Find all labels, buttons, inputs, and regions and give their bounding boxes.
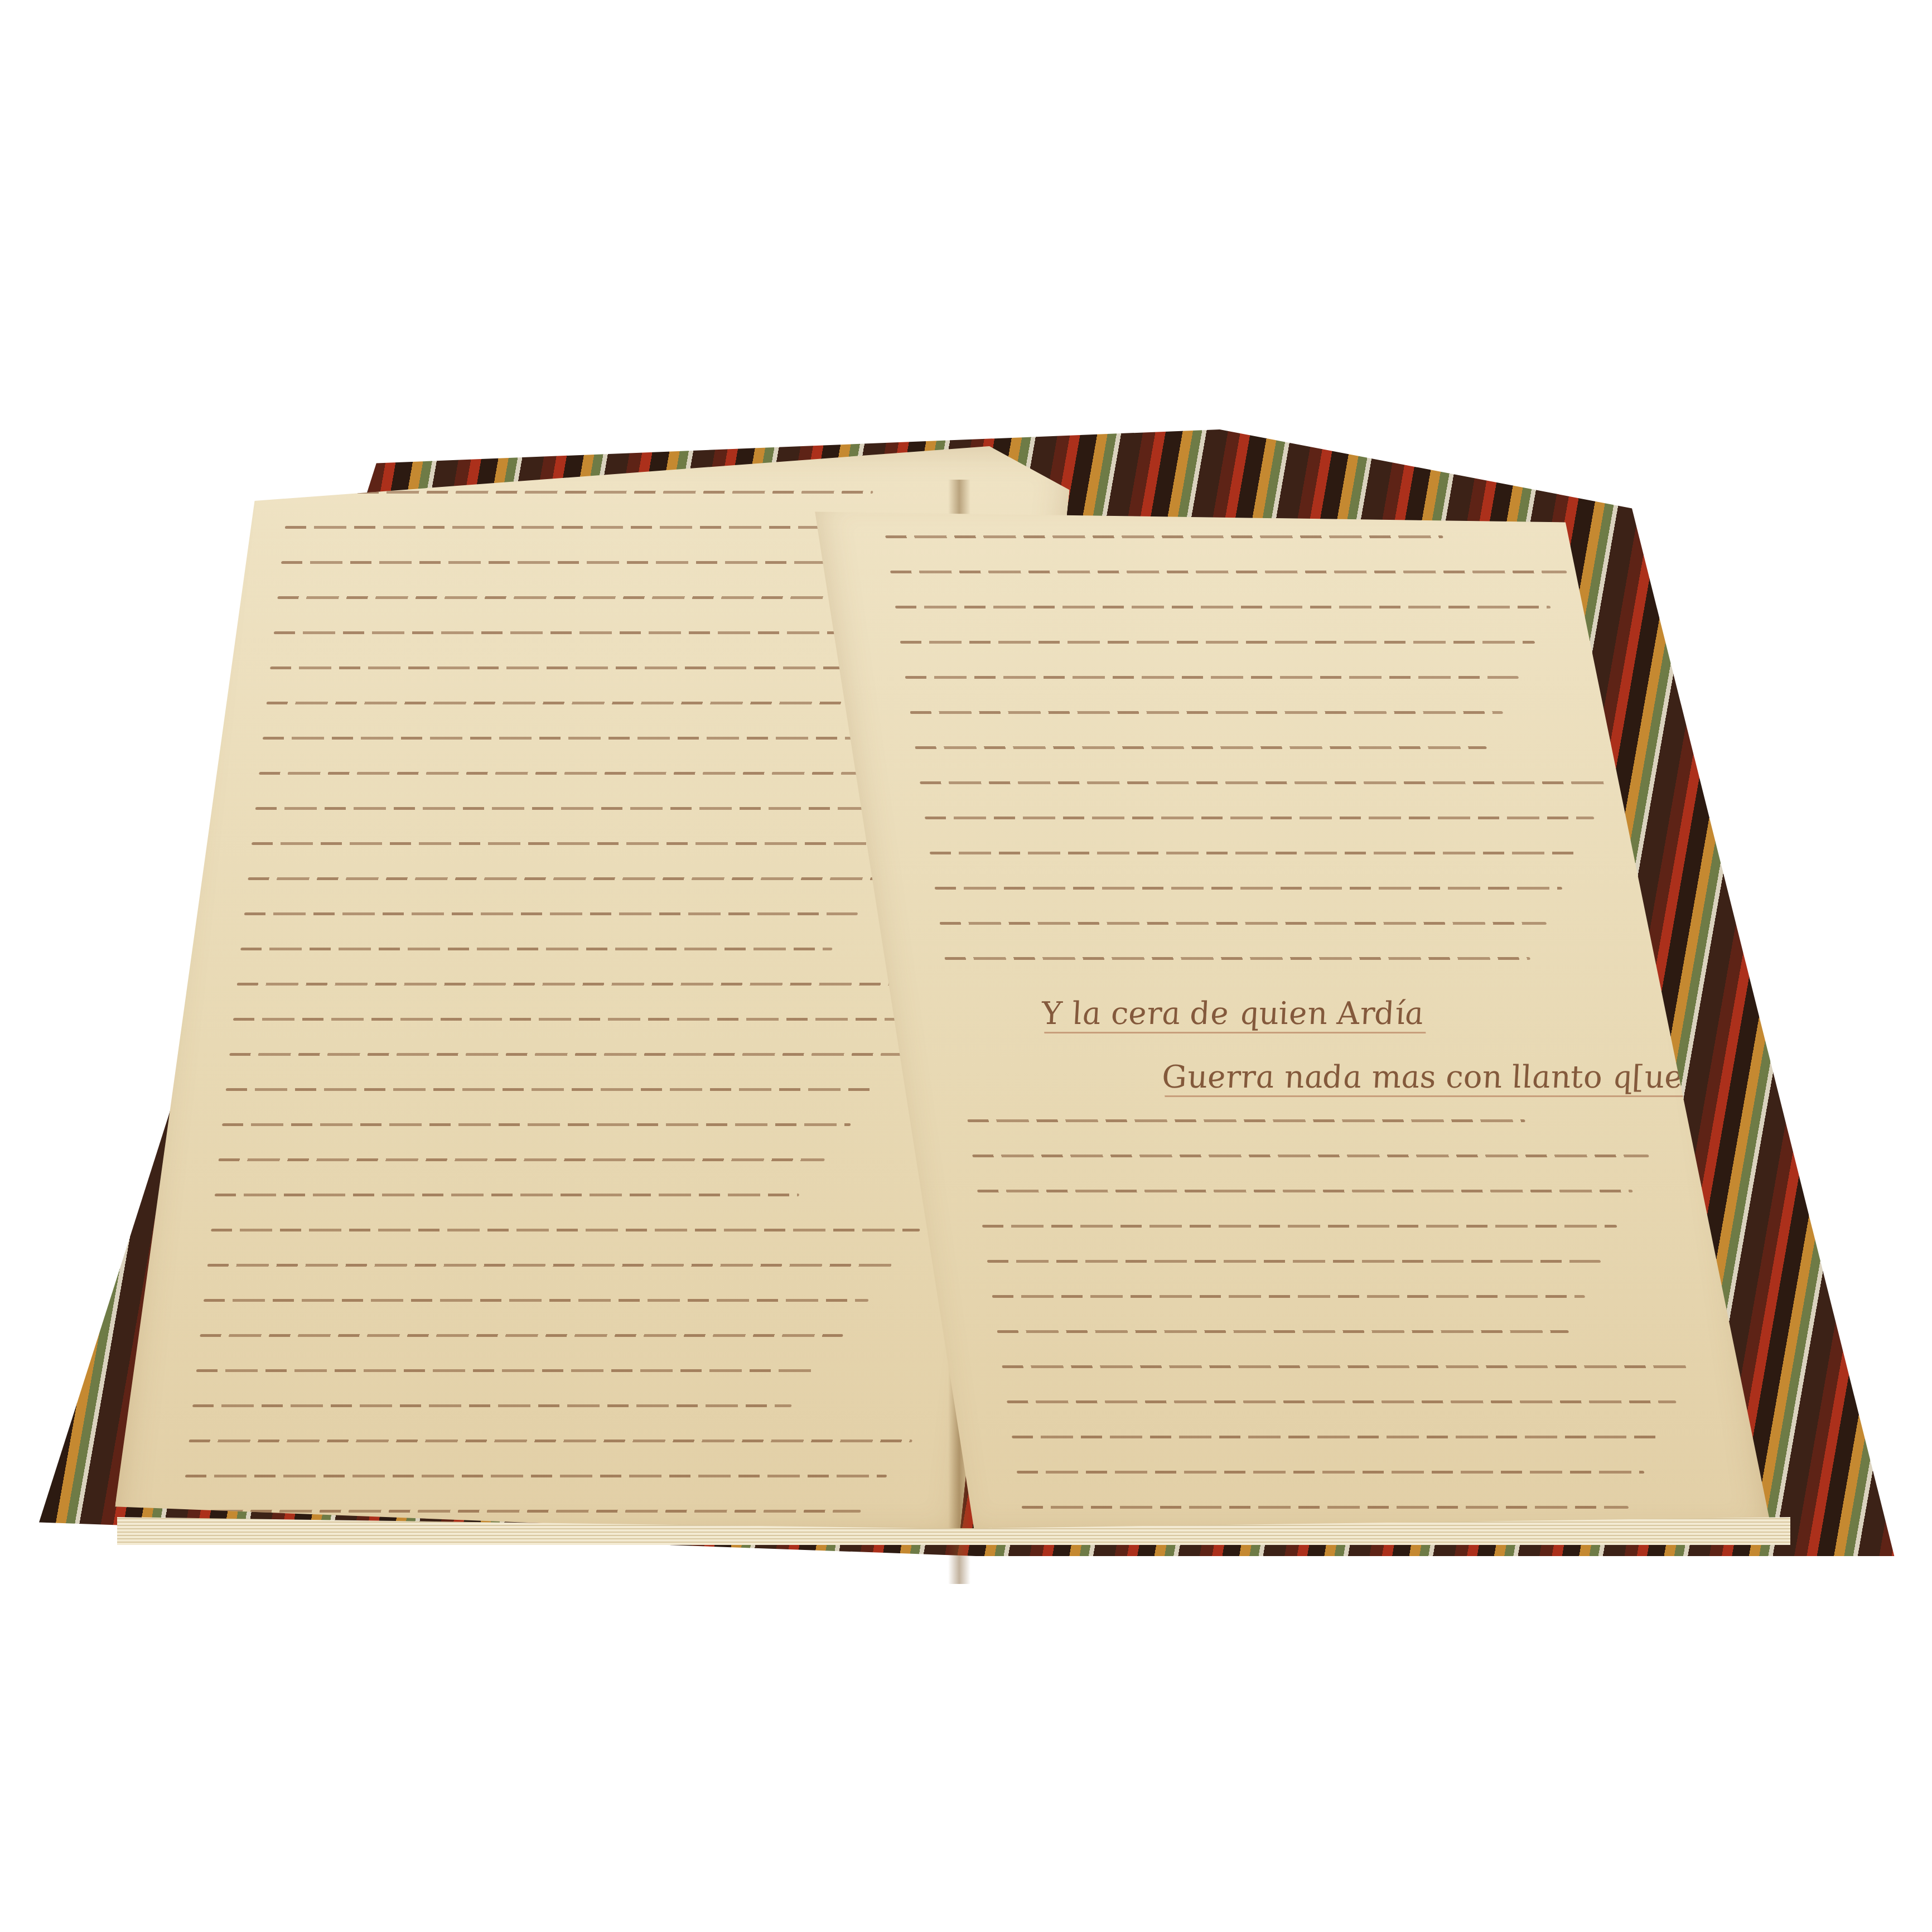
handwritten-line (1012, 1436, 1660, 1438)
handwritten-line (977, 1190, 1633, 1192)
handwritten-line (240, 948, 833, 950)
handwritten-line (900, 641, 1535, 644)
handwritten-line (972, 1155, 1649, 1157)
right-page-heading-1: Y la cera de quien Ardía (1039, 996, 1426, 1033)
handwritten-line (915, 746, 1487, 749)
handwritten-line (905, 676, 1519, 679)
handwritten-line (944, 957, 1530, 960)
photo-scene: Y la cera de quien Ardía Guerra nada mas… (0, 0, 1932, 1932)
handwritten-line (274, 631, 917, 634)
handwritten-line (939, 922, 1546, 925)
handwritten-line (890, 571, 1567, 573)
handwritten-line (252, 842, 910, 845)
handwritten-line (1031, 1576, 1596, 1579)
handwritten-line (211, 1229, 920, 1231)
handwritten-line (207, 1264, 894, 1267)
handwritten-line (215, 1194, 800, 1196)
handwritten-line (1022, 1506, 1629, 1509)
handwritten-line (218, 1158, 825, 1161)
handwritten-line (266, 702, 866, 704)
handwritten-line (930, 852, 1578, 854)
handwritten-line (196, 1369, 818, 1372)
handwritten-line (189, 1440, 912, 1442)
handwritten-line (248, 877, 883, 880)
handwritten-line (192, 1404, 792, 1407)
handwritten-line (222, 1123, 851, 1126)
handwritten-line (200, 1334, 843, 1337)
handwritten-line (910, 711, 1503, 714)
handwritten-line (992, 1295, 1585, 1298)
handwritten-line (967, 1119, 1525, 1122)
handwritten-line (259, 772, 960, 775)
handwritten-line (997, 1330, 1569, 1333)
right-page-handwriting: Y la cera de quien Ardía Guerra nada mas… (885, 535, 1717, 1495)
handwritten-line (181, 1510, 861, 1513)
handwritten-line (1007, 1400, 1677, 1403)
handwritten-line (982, 1225, 1617, 1228)
handwritten-line (229, 1053, 902, 1056)
handwritten-line (987, 1260, 1601, 1263)
handwritten-line (895, 606, 1551, 608)
handwritten-line (226, 1088, 876, 1091)
handwritten-line (885, 535, 1443, 538)
handwritten-line (270, 666, 891, 669)
right-page-heading-2: Guerra nada mas con llanto q[ue] se gana… (1160, 1059, 1932, 1097)
handwritten-line (185, 1475, 887, 1477)
handwritten-line (204, 1299, 869, 1302)
handwritten-line (920, 781, 1610, 784)
handwritten-line (244, 912, 858, 915)
handwritten-line (1002, 1365, 1692, 1368)
handwritten-line (236, 983, 953, 986)
handwritten-line (925, 817, 1595, 819)
handwritten-line (935, 887, 1563, 890)
handwritten-line (233, 1018, 928, 1021)
handwritten-line (1017, 1471, 1645, 1474)
handwritten-line (255, 807, 935, 810)
